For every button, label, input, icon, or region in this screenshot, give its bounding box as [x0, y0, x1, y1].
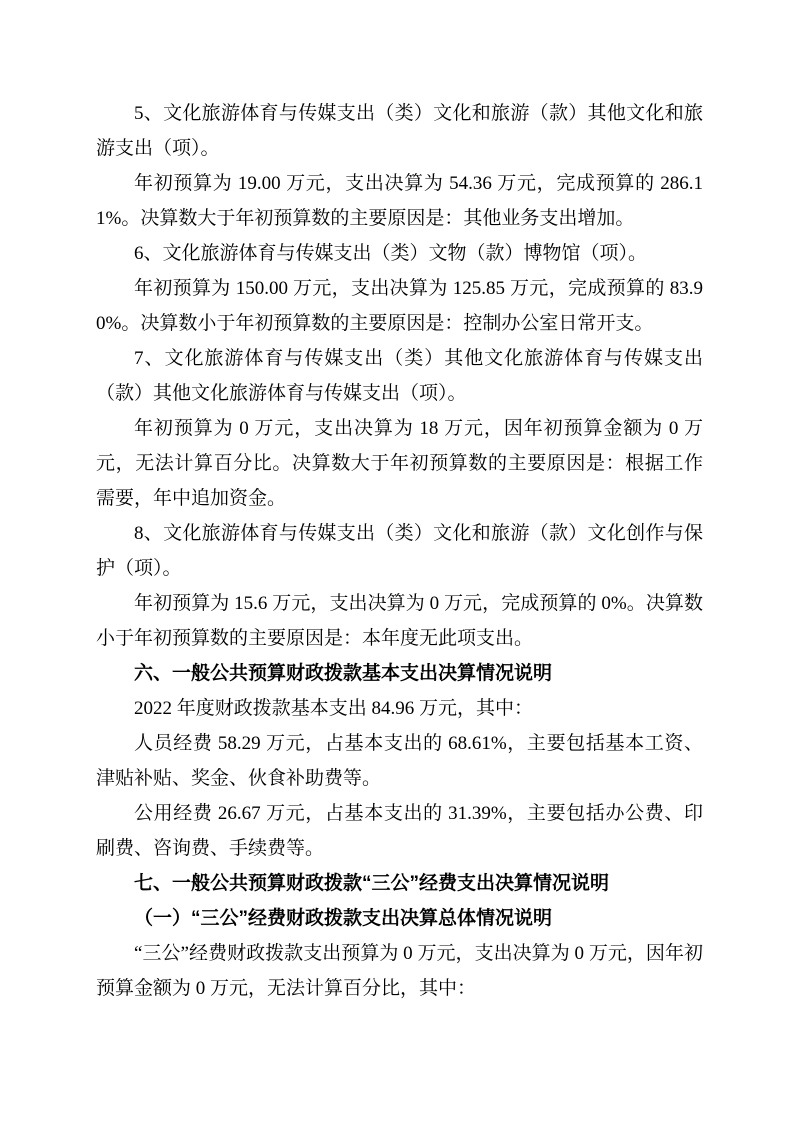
- public-expense-detail: 公用经费 26.67 万元，占基本支出的 31.39%，主要包括办公费、印刷费、…: [96, 796, 703, 866]
- expense-item-7-budget-detail: 年初预算为 0 万元，支出决算为 18 万元，因年初预算金额为 0 万元，无法计…: [96, 411, 703, 516]
- section-7-heading: 七、一般公共预算财政拨款“三公”经费支出决算情况说明: [96, 866, 703, 901]
- expense-item-8-title: 8、文化旅游体育与传媒支出（类）文化和旅游（款）文化创作与保护（项）。: [96, 516, 703, 586]
- expense-item-5-title: 5、文化旅游体育与传媒支出（类）文化和旅游（款）其他文化和旅游支出（项）。: [96, 96, 703, 166]
- expense-item-6-budget-detail: 年初预算为 150.00 万元，支出决算为 125.85 万元，完成预算的 83…: [96, 271, 703, 341]
- personnel-expense-detail: 人员经费 58.29 万元，占基本支出的 68.61%，主要包括基本工资、津贴补…: [96, 726, 703, 796]
- section-6-heading: 六、一般公共预算财政拨款基本支出决算情况说明: [96, 656, 703, 691]
- expense-item-7-title: 7、文化旅游体育与传媒支出（类）其他文化旅游体育与传媒支出（款）其他文化旅游体育…: [96, 341, 703, 411]
- three-public-funds-summary: “三公”经费财政拨款支出预算为 0 万元，支出决算为 0 万元，因年初预算金额为…: [96, 936, 703, 1006]
- subsection-1-heading: （一）“三公”经费财政拨款支出决算总体情况说明: [96, 901, 703, 936]
- basic-expenditure-total: 2022 年度财政拨款基本支出 84.96 万元，其中：: [96, 691, 703, 726]
- expense-item-5-budget-detail: 年初预算为 19.00 万元，支出决算为 54.36 万元，完成预算的 286.…: [96, 166, 703, 236]
- expense-item-8-budget-detail: 年初预算为 15.6 万元，支出决算为 0 万元，完成预算的 0%。决算数小于年…: [96, 586, 703, 656]
- document-page: 5、文化旅游体育与传媒支出（类）文化和旅游（款）其他文化和旅游支出（项）。 年初…: [0, 0, 793, 1122]
- expense-item-6-title: 6、文化旅游体育与传媒支出（类）文物（款）博物馆（项）。: [96, 236, 703, 271]
